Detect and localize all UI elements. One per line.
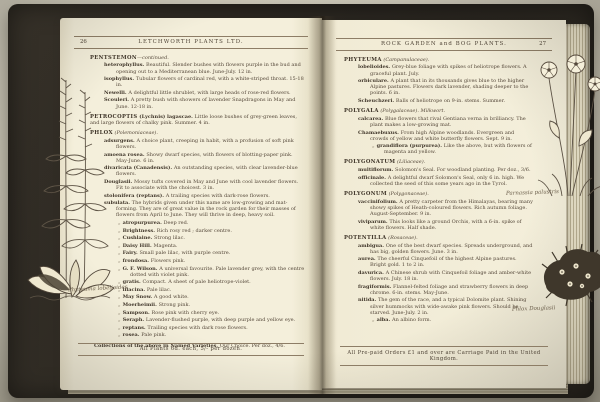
species-name: (Lychnis) lagascae.: [138, 114, 193, 120]
entry-name: Cushlaine.: [123, 235, 154, 241]
left-page: 26 LETCHWORTH PLANTS LTD. PENTSTEMON—con…: [60, 18, 322, 390]
catalog-entry: „rosea. Pale pink.: [90, 332, 306, 338]
catalog-entry: „atropurpurea. Deep red.: [90, 220, 306, 226]
catalog-entry: lobelioides. Grey-blue foliage with spik…: [344, 64, 534, 76]
book-cover: 26 LETCHWORTH PLANTS LTD. PENTSTEMON—con…: [8, 4, 594, 398]
phlox-douglasii-caption: Phlox Douglasii: [512, 305, 556, 313]
catalog-entry: stolonifera (reptans). A trailing specie…: [90, 193, 306, 199]
entry-name: calcarea.: [358, 116, 385, 122]
ditto-mark: „: [118, 332, 121, 338]
catalog-entry: „Fairy. Small pale lilac, with purple ce…: [90, 250, 306, 256]
right-page: ROCK GARDEN and BOG PLANTS. 27 PHYTEUMA …: [322, 20, 566, 388]
right-page-number: 27: [539, 41, 546, 48]
catalog-entry: „Seraph. Lavender-flushed purple, with d…: [90, 317, 306, 323]
catalog-section: POLYGALA (Polygalaceae). Milkwort.calcar…: [344, 108, 534, 155]
ditto-mark: „: [118, 325, 121, 331]
ditto-mark: „: [372, 317, 375, 323]
entry-name: Fairy.: [123, 250, 140, 256]
catalog-entry: isophyllus. Tubular flowers of cardinal …: [90, 76, 306, 88]
entry-name: aurea.: [358, 256, 377, 262]
ditto-mark: „: [118, 243, 121, 249]
genus-name: PHYTEUMA: [344, 57, 382, 63]
catalog-entry: heterophyllus. Beautiful. Slender bushes…: [90, 62, 306, 74]
entry-name: isophyllus.: [104, 76, 136, 82]
catalog-entry: Scouleri. A pretty bush with showers of …: [90, 97, 306, 109]
entry-name: grandiflora (purpurea).: [377, 143, 444, 149]
entry-name: divaricata (Canadensis).: [104, 165, 174, 171]
entry-name: Douglasii.: [104, 179, 134, 185]
catalog-section: POTENTILLA (Rosaceae).ambigua. One of th…: [344, 235, 534, 323]
entry-name: Seraph.: [123, 317, 146, 323]
catalog-entry: divaricata (Canadensis). An outstanding …: [90, 165, 306, 177]
entry-name: frondosa.: [123, 258, 151, 264]
entry-name: ambigua.: [358, 243, 386, 249]
catalog-section: POLYGONATUM (Liliaceae).multiflorum. Sol…: [344, 159, 534, 187]
genus-name: POTENTILLA: [344, 235, 387, 241]
catalog-entry: „May Snow. A good white.: [90, 294, 306, 300]
ditto-mark: „: [118, 266, 121, 272]
ditto-mark: „: [118, 317, 121, 323]
left-footer-text: All Plants 6d. each, 5/- per dozen.: [140, 346, 243, 352]
catalog-entry: vaccinifolium. A pretty carpeter from th…: [344, 199, 534, 217]
genus-line: POLYGONATUM (Liliaceae).: [344, 159, 534, 165]
left-page-footer: All Plants 6d. each, 5/- per dozen.: [78, 343, 304, 356]
catalog-section: PETROCOPTIS (Lychnis) lagascae. Little l…: [90, 114, 306, 126]
catalog-entry: Douglasii. Mossy tufts covered in May an…: [90, 179, 306, 191]
right-footer-text: All Pre-paid Orders £1 and over are Carr…: [347, 350, 540, 362]
ditto-mark: „: [118, 258, 121, 264]
catalog-entry: ambigua. One of the best dwarf species. …: [344, 243, 534, 255]
genus-name: POLYGONATUM: [344, 159, 395, 165]
entry-name: Moerheimii.: [123, 302, 159, 308]
catalog-section: PHYTEUMA (Campanulaceae).lobelioides. Gr…: [344, 57, 534, 104]
catalog-entry: davurica. A Chinese shrub with Cinquefoi…: [344, 270, 534, 282]
entry-name: vaccinifolium.: [358, 199, 399, 205]
photo-background: 26 LETCHWORTH PLANTS LTD. PENTSTEMON—con…: [0, 0, 600, 402]
entry-name: viviparum.: [358, 219, 389, 225]
catalog-entry: „reptans. Trailing species with dark ros…: [90, 325, 306, 331]
catalog-entry: „G. F. Wilson. A universal favourite. Pa…: [90, 266, 306, 278]
left-page-header: 26 LETCHWORTH PLANTS LTD.: [74, 36, 308, 49]
catalog-entry: „frondosa. Flowers pink.: [90, 258, 306, 264]
entry-name: Newelli.: [104, 90, 128, 96]
catalog-entry: „Moerheimii. Strong pink.: [90, 302, 306, 308]
catalog-entry: „Daisy Hill. Magenta.: [90, 243, 306, 249]
ditto-mark: „: [118, 228, 121, 234]
family-name: (Rosaceae).: [387, 235, 418, 241]
right-page-title: ROCK GARDEN and BOG PLANTS.: [381, 41, 507, 47]
entry-name: stolonifera (reptans).: [104, 193, 166, 199]
catalog-entry: officinale. A delightful dwarf Solomon's…: [344, 175, 534, 187]
family-name: (Polygalaceae).: [379, 108, 419, 114]
genus-line: POTENTILLA (Rosaceae).: [344, 235, 534, 241]
genus-note: Milkwort.: [419, 108, 445, 114]
catalog-entry: Newelli. A delightful little shrublet, w…: [90, 90, 306, 96]
catalog-entry: adsurgens. A choice plant, creeping in h…: [90, 138, 306, 150]
entry-name: nitida.: [358, 297, 378, 303]
genus-line: PHLOX (Polemoniaceae).: [90, 130, 306, 136]
genus-line: PHYTEUMA (Campanulaceae).: [344, 57, 534, 63]
catalog-entry: viviparum. This looks like a ground Orch…: [344, 219, 534, 231]
genus-name: POLYGALA: [344, 108, 379, 114]
entry-name: May Snow.: [123, 294, 154, 300]
entry-name: reptans.: [123, 325, 148, 331]
catalog-entry: „Brightness. Rich rosy red ; darker cent…: [90, 228, 306, 234]
entry-name: officinale.: [358, 175, 388, 181]
genus-line: POLYGALA (Polygalaceae). Milkwort.: [344, 108, 534, 114]
ditto-mark: „: [118, 302, 121, 308]
left-page-number: 26: [80, 39, 87, 46]
catalog-entry: „Sampson. Rose pink with cherry eye.: [90, 310, 306, 316]
genus-note: —continued.: [137, 55, 169, 61]
ditto-mark: „: [118, 250, 121, 256]
catalog-entry: multiflorum. Solomon's Seal. For woodlan…: [344, 167, 534, 173]
catalog-section: PENTSTEMON—continued.heterophyllus. Beau…: [90, 55, 306, 110]
entry-name: Brightness.: [123, 228, 157, 234]
catalog-entry: subulata. The hybrids given under this n…: [90, 200, 306, 218]
catalog-entry: orbiculare. A plant that in its thousand…: [344, 78, 534, 96]
ditto-mark: „: [118, 220, 121, 226]
entry-name: Scouleri.: [104, 97, 131, 103]
family-name: (Polygonaceae).: [387, 191, 429, 197]
genus-line: PETROCOPTIS (Lychnis) lagascae. Little l…: [90, 114, 306, 126]
genus-name: PENTSTEMON: [90, 55, 137, 61]
catalog-entry: Chamaebuxus. From high Alpine woodlands.…: [344, 130, 534, 142]
entry-name: heterophyllus.: [104, 62, 146, 68]
entry-name: multiflorum.: [358, 167, 395, 173]
entry-name: fragiformis.: [358, 284, 393, 290]
left-page-title: LETCHWORTH PLANTS LTD.: [138, 39, 243, 45]
entry-name: Scheuchzeri.: [358, 98, 396, 104]
catalog-entry: „Cushlaine. Strong lilac.: [90, 235, 306, 241]
genus-name: POLYGONUM: [344, 191, 387, 197]
catalog-entry: „grandiflora (purpurea). Like the above,…: [344, 143, 534, 155]
catalog-entry: aurea. The cheerful Cinquefoil of the hi…: [344, 256, 534, 268]
entry-name: adsurgens.: [104, 138, 136, 144]
entry-name: Chamaebuxus.: [358, 130, 401, 136]
ditto-mark: „: [372, 143, 375, 149]
entry-name: G. F. Wilson.: [123, 266, 160, 272]
family-name: (Campanulaceae).: [382, 57, 430, 63]
entry-name: orbiculare.: [358, 78, 390, 84]
family-name: (Liliaceae).: [395, 159, 425, 165]
entry-name: subulata.: [104, 200, 132, 206]
right-page-footer: All Pre-paid Orders £1 and over are Carr…: [340, 346, 548, 366]
entry-name: rosea.: [123, 332, 142, 338]
entry-name: lobelioides.: [358, 64, 392, 70]
catalog-section: PHLOX (Polemoniaceae).adsurgens. A choic…: [90, 130, 306, 338]
catalog-entry: amoena rosea. Showy dwarf species, with …: [90, 152, 306, 164]
entry-name: Sampson.: [123, 310, 152, 316]
catalog-entry: fragiformis. Flannel-felted foliage and …: [344, 284, 534, 296]
parnassia-illustration: [532, 54, 600, 204]
catalog-entry: „alba. An albino form.: [344, 317, 534, 323]
right-page-header: ROCK GARDEN and BOG PLANTS. 27: [336, 38, 552, 51]
entry-name: Daisy Hill.: [123, 243, 154, 249]
ditto-mark: „: [118, 235, 121, 241]
genus-name: PHLOX: [90, 130, 113, 136]
phlox-douglasii-illustration: [538, 226, 600, 308]
ditto-mark: „: [118, 310, 121, 316]
entry-name: amoena rosea.: [104, 152, 146, 158]
entry-name: atropurpurea.: [123, 220, 164, 226]
family-name: (Polemoniaceae).: [113, 130, 158, 136]
catalog-entry: nitida. The gem of the race, and a typic…: [344, 297, 534, 315]
catalog-entry: Scheuchzeri. Balls of heliotrope on 9-in…: [344, 98, 534, 104]
ditto-mark: „: [118, 294, 121, 300]
left-page-content: PENTSTEMON—continued.heterophyllus. Beau…: [90, 55, 306, 339]
genus-line: PENTSTEMON—continued.: [90, 55, 306, 61]
catalog-entry: calcarea. Blue flowers that rival Gentia…: [344, 116, 534, 128]
entry-name: davurica.: [358, 270, 386, 276]
genus-name: PETROCOPTIS: [90, 114, 138, 120]
entry-name: alba.: [377, 317, 392, 323]
